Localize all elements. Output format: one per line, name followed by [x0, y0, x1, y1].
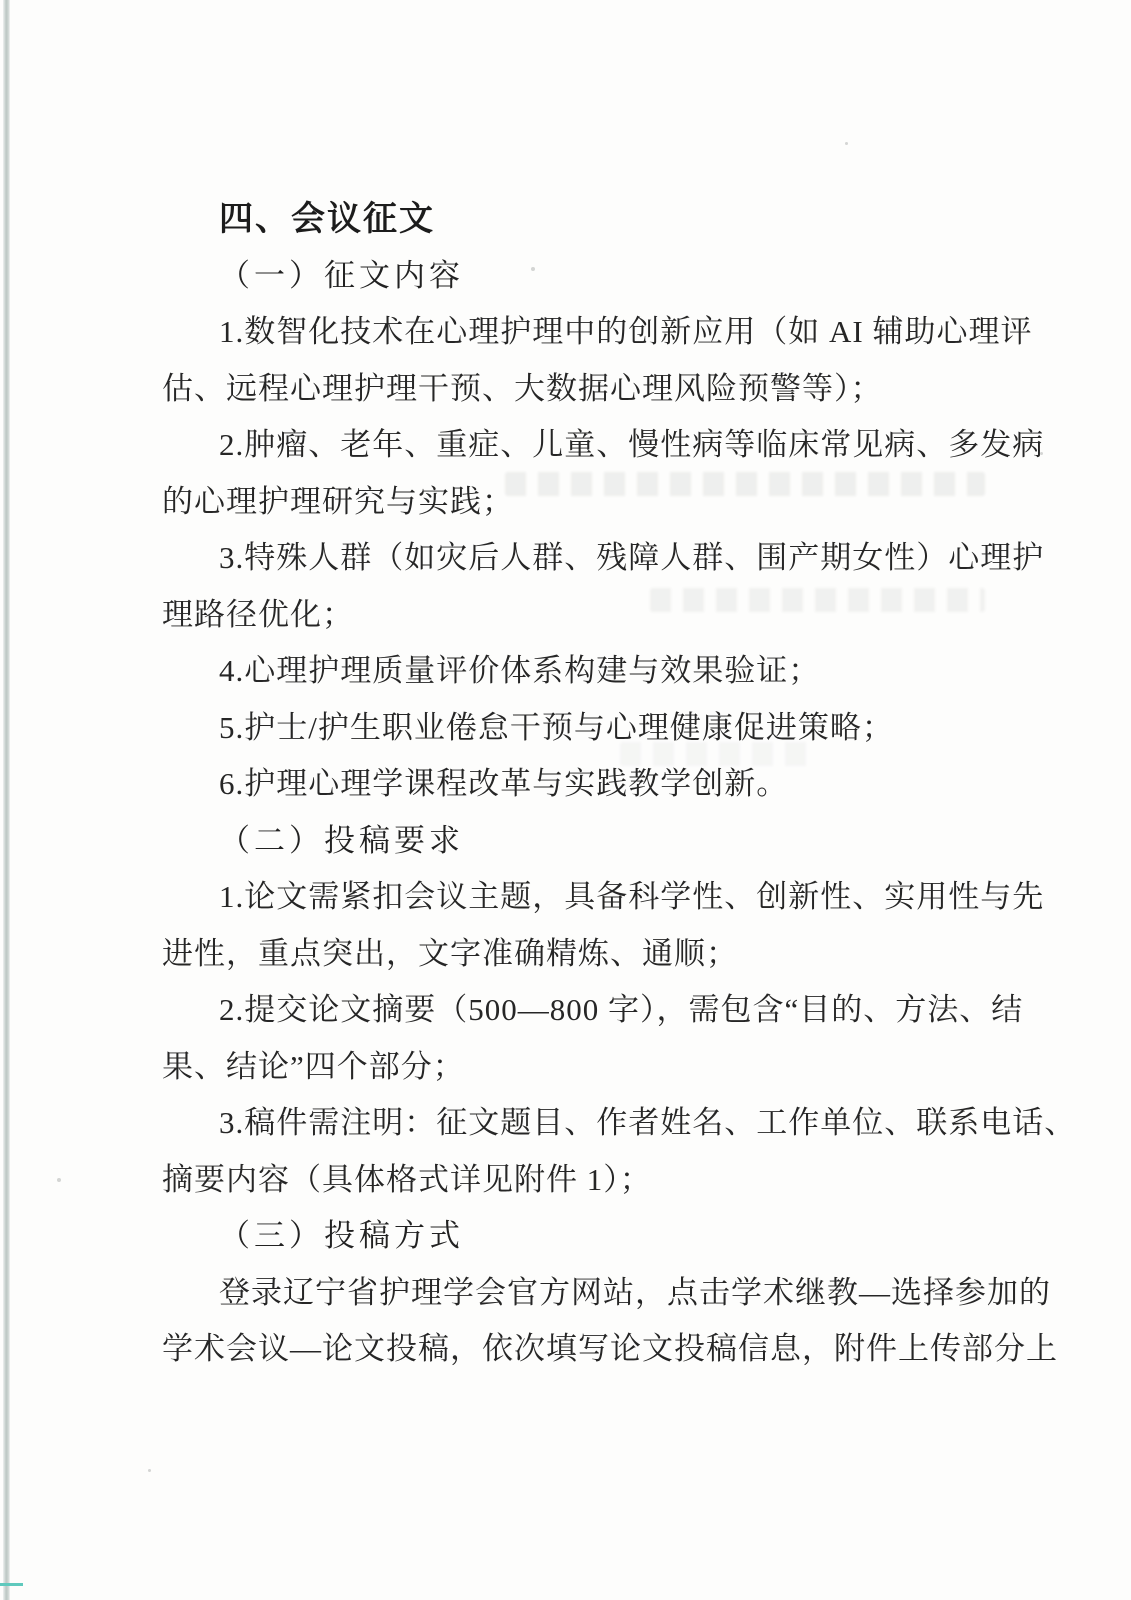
document-body: 四、会议征文 （一）征文内容 1.数智化技术在心理护理中的创新应用（如 AI 辅… [162, 191, 988, 1378]
item-4-line-1: 4.心理护理质量评价体系构建与效果验证； [162, 643, 988, 700]
section-heading-4: 四、会议征文 [162, 191, 988, 248]
scan-edge-band [3, 0, 10, 1600]
item-2-line-2: 的心理护理研究与实践； [162, 474, 988, 531]
subsection-heading-2: （二）投稿要求 [162, 813, 988, 870]
scan-teal-mark [0, 1583, 23, 1586]
item-3-line-1: 3.特殊人群（如灾后人群、残障人群、围产期女性）心理护 [162, 530, 988, 587]
scan-speck [148, 1469, 151, 1472]
item-3-line-2: 理路径优化； [162, 587, 988, 644]
scan-speck [57, 1178, 61, 1182]
item-5-line-1: 5.护士/护生职业倦怠干预与心理健康促进策略； [162, 700, 988, 757]
req-1-line-1: 1.论文需紧扣会议主题，具备科学性、创新性、实用性与先 [162, 869, 988, 926]
item-1-line-2: 估、远程心理护理干预、大数据心理风险预警等）； [162, 361, 988, 418]
submission-way-line-1: 登录辽宁省护理学会官方网站，点击学术继教—选择参加的 [162, 1265, 988, 1322]
scan-speck [845, 142, 848, 145]
scanned-document-page: 四、会议征文 （一）征文内容 1.数智化技术在心理护理中的创新应用（如 AI 辅… [0, 0, 1131, 1600]
req-3-line-2: 摘要内容（具体格式详见附件 1）； [162, 1152, 988, 1209]
req-3-line-1: 3.稿件需注明：征文题目、作者姓名、工作单位、联系电话、 [162, 1095, 988, 1152]
req-2-line-1: 2.提交论文摘要（500—800 字），需包含“目的、方法、结 [162, 982, 988, 1039]
req-1-line-2: 进性，重点突出，文字准确精炼、通顺； [162, 926, 988, 983]
item-2-line-1: 2.肿瘤、老年、重症、儿童、慢性病等临床常见病、多发病 [162, 417, 988, 474]
req-2-line-2: 果、结论”四个部分； [162, 1039, 988, 1096]
submission-way-line-2: 学术会议—论文投稿，依次填写论文投稿信息，附件上传部分上 [162, 1321, 988, 1378]
item-1-line-1: 1.数智化技术在心理护理中的创新应用（如 AI 辅助心理评 [162, 304, 988, 361]
subsection-heading-3: （三）投稿方式 [162, 1208, 988, 1265]
subsection-heading-1: （一）征文内容 [162, 248, 988, 305]
item-6-line-1: 6.护理心理学课程改革与实践教学创新。 [162, 756, 988, 813]
